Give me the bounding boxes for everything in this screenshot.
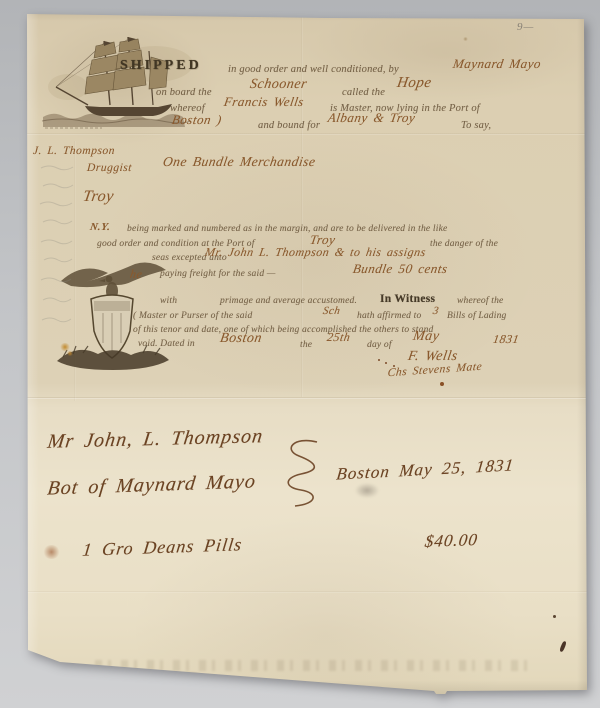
ink-slash-mark — [559, 641, 567, 653]
vessel-abbrev: Sch — [322, 305, 341, 317]
body-printed-10: hath affirmed to — [357, 311, 421, 321]
body-printed-13: void. Dated in — [138, 339, 195, 349]
body-printed-9: ( Master or Purser of the said — [133, 311, 252, 321]
body-printed-3: the danger of the — [430, 239, 498, 249]
body-hand-he: he — [129, 267, 144, 282]
port-of-origin: Boston ) — [171, 112, 223, 128]
body-printed-1: being marked and numbered as in the marg… — [127, 224, 447, 234]
pen-flourish-icon — [275, 436, 323, 511]
pencil-price-note: 9— — [517, 21, 534, 33]
margin-consignee-name: J. L. Thompson — [33, 145, 116, 157]
smudge-near-date — [355, 483, 379, 498]
form-line4-printed-a: and bound for — [258, 120, 320, 131]
body-printed-12: of this tenor and date, one of which bei… — [133, 325, 434, 335]
body-printed-14: the — [300, 340, 312, 350]
bills-count: 3 — [432, 305, 440, 317]
body-printed-11: Bills of Lading — [447, 311, 506, 321]
ink-stain-left — [43, 545, 60, 559]
invoice-buyer: Mr John, L. Thompson — [46, 425, 265, 454]
verso-text-showthrough — [95, 660, 527, 671]
vessel-name: Hope — [396, 75, 433, 92]
dot-mark-right — [553, 615, 556, 618]
dated-day: 25th — [326, 330, 352, 345]
fold-crease-bottom — [25, 591, 587, 594]
speck-sig-c — [378, 359, 380, 361]
form-line2-printed-a: on board the — [156, 87, 212, 98]
invoice-place-date: Boston May 25, 1831 — [335, 455, 515, 484]
dated-city: Boston — [219, 331, 263, 347]
freight-terms: Bundle 50 cents — [352, 261, 449, 277]
vessel-type: Schooner — [249, 77, 308, 93]
in-witness-heading: In Witness — [380, 293, 435, 305]
speck-brown-1 — [440, 382, 444, 386]
margin-consignee-city: Troy — [82, 188, 116, 206]
shipper-name: Maynard Mayo — [452, 56, 543, 72]
body-printed-8: whereof the — [457, 296, 503, 306]
invoice-item: 1 Gro Deans Pills — [81, 534, 243, 561]
dated-year: 1831 — [492, 332, 520, 347]
shipped-heading: SHIPPED — [120, 58, 202, 74]
invoice-amount: $40.00 — [424, 530, 479, 552]
form-line1-printed: in good order and well conditioned, by — [228, 64, 399, 75]
foxing-speck-top — [463, 37, 468, 41]
invoice-seller: Bot of Maynard Mayo — [46, 470, 257, 500]
verso-showthrough-marks — [33, 158, 93, 338]
master-name: Francis Wells — [223, 94, 305, 110]
mate-signature: Chs Stevens Mate — [387, 361, 483, 380]
paper-sheet: SHIPPED in good order and well condition… — [25, 13, 587, 694]
body-printed-15: day of — [367, 340, 392, 350]
body-printed-6: with — [160, 296, 177, 306]
fold-crease-middle — [25, 397, 587, 400]
cargo-description: One Bundle Merchandise — [162, 154, 317, 170]
body-printed-5: paying freight for the said — — [160, 269, 276, 279]
form-line2-printed-b: called the — [342, 87, 385, 98]
speck-sig-a — [385, 362, 387, 364]
document-photo: SHIPPED in good order and well condition… — [0, 0, 600, 708]
margin-consignee-state: N.Y. — [89, 222, 111, 233]
stain-bottom-left — [175, 671, 207, 688]
consignee-full: Mr. John L. Thompson & to his assigns — [204, 245, 427, 260]
form-line4-printed-b: To say, — [461, 120, 491, 131]
dated-month: May — [412, 329, 441, 345]
margin-consignee-occupation: Druggist — [87, 162, 133, 174]
destination-ports: Albany & Troy — [327, 110, 417, 126]
